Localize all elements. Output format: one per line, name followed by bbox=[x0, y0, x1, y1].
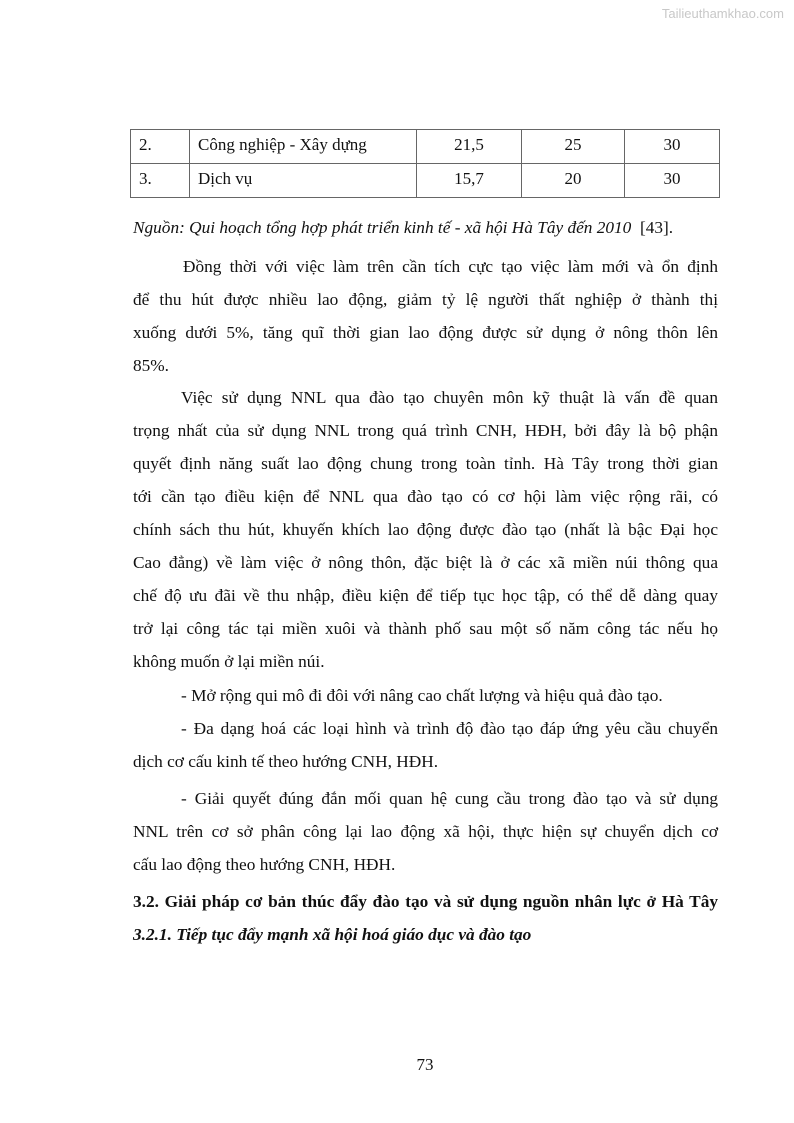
subsection-heading: 3.2.1. Tiếp tục đẩy mạnh xã hội hoá giáo… bbox=[133, 925, 718, 945]
paragraph-line: xuống dưới 5%, tăng quĩ thời gian lao độ… bbox=[133, 323, 718, 343]
row-number: 2. bbox=[131, 130, 190, 164]
value-cell: 15,7 bbox=[417, 164, 522, 198]
bullet-line: dịch cơ cấu kinh tế theo hướng CNH, HĐH. bbox=[133, 752, 718, 772]
value-cell: 21,5 bbox=[417, 130, 522, 164]
paragraph-line: quyết định năng suất lao động chung tron… bbox=[133, 454, 718, 474]
source-citation: Nguồn: Qui hoạch tổng hợp phát triển kin… bbox=[133, 218, 718, 238]
source-ref: [43]. bbox=[640, 218, 673, 237]
bullet-line: - Đa dạng hoá các loại hình và trình độ … bbox=[181, 719, 718, 739]
paragraph-line: Đồng thời với việc làm trên cần tích cực… bbox=[183, 257, 718, 277]
bullet-line: - Giải quyết đúng đắn mối quan hệ cung c… bbox=[181, 789, 718, 809]
bullet-line: - Mở rộng qui mô đi đôi với nâng cao chấ… bbox=[181, 686, 718, 706]
value-cell: 30 bbox=[625, 164, 720, 198]
value-cell: 25 bbox=[522, 130, 625, 164]
paragraph-line: Việc sử dụng NNL qua đào tạo chuyên môn … bbox=[181, 388, 718, 408]
paragraph-line: 85%. bbox=[133, 356, 718, 376]
sector-name: Công nghiệp - Xây dựng bbox=[190, 130, 417, 164]
table-row: 3. Dịch vụ 15,7 20 30 bbox=[131, 164, 720, 198]
paragraph-line: để thu hút được nhiều lao động, giảm tỷ … bbox=[133, 290, 718, 310]
source-text: Nguồn: Qui hoạch tổng hợp phát triển kin… bbox=[133, 218, 631, 237]
paragraph-line: tới cần tạo điều kiện để NNL qua đào tạo… bbox=[133, 487, 718, 507]
bullet-line: cấu lao động theo hướng CNH, HĐH. bbox=[133, 855, 718, 875]
paragraph-line: chính sách thu hút, khuyến khích lao độn… bbox=[133, 520, 718, 540]
value-cell: 30 bbox=[625, 130, 720, 164]
page-number: 73 bbox=[0, 1055, 794, 1075]
table-row: 2. Công nghiệp - Xây dựng 21,5 25 30 bbox=[131, 130, 720, 164]
value-cell: 20 bbox=[522, 164, 625, 198]
paragraph-line: trọng nhất của sử dụng NNL trong quá trì… bbox=[133, 421, 718, 441]
row-number: 3. bbox=[131, 164, 190, 198]
paragraph-line: chế độ ưu đãi về thu nhập, điều kiện để … bbox=[133, 586, 718, 606]
paragraph-line: trở lại công tác tại miền xuôi và thành … bbox=[133, 619, 718, 639]
paragraph-line: không muốn ở lại miền núi. bbox=[133, 652, 718, 672]
data-table: 2. Công nghiệp - Xây dựng 21,5 25 30 3. … bbox=[130, 129, 720, 198]
sector-name: Dịch vụ bbox=[190, 164, 417, 198]
section-heading: 3.2. Giải pháp cơ bản thúc đẩy đào tạo v… bbox=[133, 892, 718, 912]
bullet-line: NNL trên cơ sở phân công lại lao động xã… bbox=[133, 822, 718, 842]
paragraph-line: Cao đẳng) về làm việc ở nông thôn, đặc b… bbox=[133, 553, 718, 573]
watermark: Tailieuthamkhao.com bbox=[662, 6, 784, 21]
